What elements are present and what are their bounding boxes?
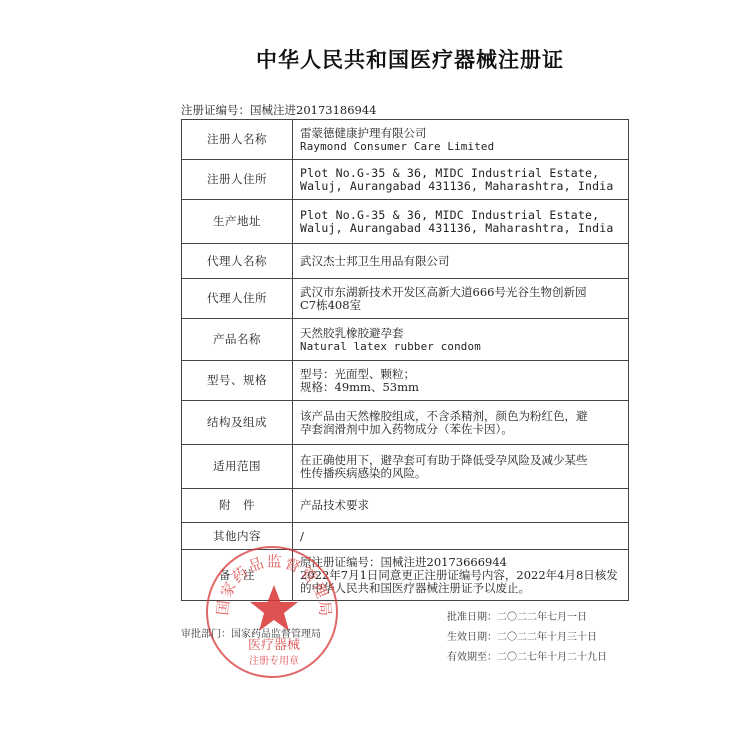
- value-line: Natural latex rubber condom: [300, 340, 620, 353]
- table-row: 生产地址 Plot No.G-35 & 36, MIDC Industrial …: [182, 200, 629, 244]
- row-value: 在正确使用下，避孕套可有助于降低受孕风险及减少某些 性传播疾病感染的风险。: [293, 445, 629, 489]
- row-label: 型号、规格: [182, 361, 293, 401]
- row-value: Plot No.G-35 & 36, MIDC Industrial Estat…: [293, 200, 629, 244]
- table-row: 注册人名称 雷蒙德健康护理有限公司 Raymond Consumer Care …: [182, 120, 629, 160]
- value-line: 产品技术要求: [300, 499, 620, 512]
- row-label: 代理人名称: [182, 244, 293, 279]
- table-row: 附 件 产品技术要求: [182, 489, 629, 523]
- row-label: 注册人名称: [182, 120, 293, 160]
- row-value: Plot No.G-35 & 36, MIDC Industrial Estat…: [293, 160, 629, 200]
- certificate-table: 注册人名称 雷蒙德健康护理有限公司 Raymond Consumer Care …: [181, 119, 629, 601]
- value-line: /: [300, 530, 620, 543]
- row-value: 原注册证编号：国械注进20173666944 2022年7月1日同意更正注册证编…: [293, 550, 629, 601]
- row-value: 天然胶乳橡胶避孕套 Natural latex rubber condom: [293, 319, 629, 361]
- value-line: 武汉市东湖新技术开发区高新大道666号光谷生物创新园: [300, 286, 620, 299]
- value-line: 型号：光面型、颗粒；: [300, 368, 620, 381]
- value-line: 规格：49mm、53mm: [300, 381, 620, 394]
- row-value: 产品技术要求: [293, 489, 629, 523]
- row-value: 武汉杰士邦卫生用品有限公司: [293, 244, 629, 279]
- value-line: Raymond Consumer Care Limited: [300, 140, 620, 153]
- date-value: 二〇二二年十月三十日: [497, 632, 597, 643]
- approval-department: 审批部门：国家药品监督管理局: [181, 625, 321, 640]
- table-row: 结构及组成 该产品由天然橡胶组成，不含杀精剂，颜色为粉红色，避 孕套润滑剂中加入…: [182, 401, 629, 445]
- registration-number: 注册证编号：国械注进20173186944: [181, 102, 376, 118]
- row-value: 雷蒙德健康护理有限公司 Raymond Consumer Care Limite…: [293, 120, 629, 160]
- date-label: 有效期至：: [447, 652, 497, 663]
- row-label: 生产地址: [182, 200, 293, 244]
- date-block: 批准日期：二〇二二年七月一日 生效日期：二〇二二年十月三十日 有效期至：二〇二七…: [447, 608, 607, 668]
- row-value: /: [293, 523, 629, 550]
- value-line: Plot No.G-35 & 36, MIDC Industrial Estat…: [300, 209, 620, 222]
- row-value: 武汉市东湖新技术开发区高新大道666号光谷生物创新园 C7栋408室: [293, 279, 629, 319]
- table-row: 代理人住所 武汉市东湖新技术开发区高新大道666号光谷生物创新园 C7栋408室: [182, 279, 629, 319]
- value-line: Waluj, Aurangabad 431136, Maharashtra, I…: [300, 180, 620, 193]
- value-line: 性传播疾病感染的风险。: [300, 467, 620, 480]
- approval-date: 批准日期：二〇二二年七月一日: [447, 608, 607, 628]
- document-title: 中华人民共和国医疗器械注册证: [0, 44, 750, 74]
- value-line: Waluj, Aurangabad 431136, Maharashtra, I…: [300, 222, 620, 235]
- value-line: 孕套润滑剂中加入药物成分（苯佐卡因）。: [300, 423, 620, 436]
- effective-date: 生效日期：二〇二二年十月三十日: [447, 628, 607, 648]
- approval-department-value: 国家药品监督管理局: [231, 629, 321, 640]
- date-label: 生效日期：: [447, 632, 497, 643]
- registration-number-label: 注册证编号：: [181, 103, 250, 117]
- official-seal: 国家药品监督管理局 医疗器械 注册专用章: [206, 546, 338, 678]
- registration-number-value: 国械注进20173186944: [250, 103, 376, 117]
- table-row: 注册人住所 Plot No.G-35 & 36, MIDC Industrial…: [182, 160, 629, 200]
- value-line: 的中华人民共和国医疗器械注册证予以废止。: [300, 582, 620, 595]
- value-line: 2022年7月1日同意更正注册证编号内容，2022年4月8日核发: [300, 569, 620, 582]
- date-label: 批准日期：: [447, 612, 497, 623]
- table-row: 适用范围 在正确使用下，避孕套可有助于降低受孕风险及减少某些 性传播疾病感染的风…: [182, 445, 629, 489]
- table-row: 型号、规格 型号：光面型、颗粒； 规格：49mm、53mm: [182, 361, 629, 401]
- row-label: 适用范围: [182, 445, 293, 489]
- value-line: Plot No.G-35 & 36, MIDC Industrial Estat…: [300, 167, 620, 180]
- row-label: 产品名称: [182, 319, 293, 361]
- value-line: 武汉杰士邦卫生用品有限公司: [300, 255, 620, 268]
- value-line: 在正确使用下，避孕套可有助于降低受孕风险及减少某些: [300, 454, 620, 467]
- date-value: 二〇二七年十月二十九日: [497, 652, 607, 663]
- value-line: 天然胶乳橡胶避孕套: [300, 327, 620, 340]
- seal-line-2: 注册专用章: [208, 652, 340, 667]
- row-label: 注册人住所: [182, 160, 293, 200]
- value-line: 原注册证编号：国械注进20173666944: [300, 556, 620, 569]
- value-line: 该产品由天然橡胶组成，不含杀精剂，颜色为粉红色，避: [300, 410, 620, 423]
- row-label: 附 件: [182, 489, 293, 523]
- approval-department-label: 审批部门：: [181, 629, 231, 640]
- value-line: 雷蒙德健康护理有限公司: [300, 127, 620, 140]
- row-label: 结构及组成: [182, 401, 293, 445]
- row-label: 代理人住所: [182, 279, 293, 319]
- expiry-date: 有效期至：二〇二七年十月二十九日: [447, 648, 607, 668]
- table-row: 其他内容 /: [182, 523, 629, 550]
- value-line: C7栋408室: [300, 299, 620, 312]
- date-value: 二〇二二年七月一日: [497, 612, 587, 623]
- table-row: 代理人名称 武汉杰士邦卫生用品有限公司: [182, 244, 629, 279]
- row-value: 该产品由天然橡胶组成，不含杀精剂，颜色为粉红色，避 孕套润滑剂中加入药物成分（苯…: [293, 401, 629, 445]
- row-value: 型号：光面型、颗粒； 规格：49mm、53mm: [293, 361, 629, 401]
- table-row: 产品名称 天然胶乳橡胶避孕套 Natural latex rubber cond…: [182, 319, 629, 361]
